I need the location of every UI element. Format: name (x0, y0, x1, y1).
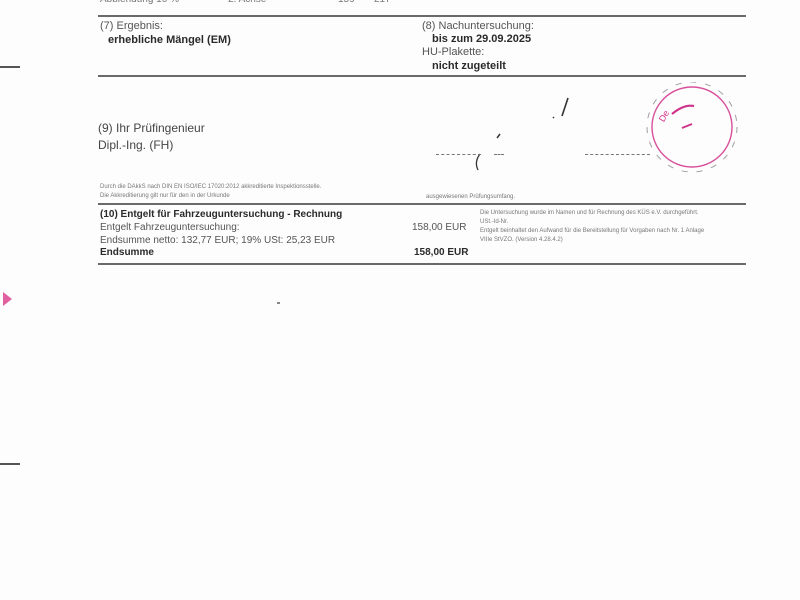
invoice-note-line3: Entgelt beinhaltet den Aufwand für die B… (480, 227, 704, 236)
invoice-title: (10) Entgelt für Fahrzeuguntersuchung - … (100, 209, 342, 220)
accreditation-line3: ausgewiesenen Prüfungsumfang. (426, 193, 515, 202)
signature-line (436, 154, 481, 156)
engineer-title: Dipl.-Ing. (FH) (98, 138, 173, 152)
divider-result (98, 75, 746, 77)
signature (420, 90, 640, 180)
invoice-note-line2: USt.-Id-Nr. (480, 218, 508, 227)
svg-text:De: De (657, 108, 671, 123)
result-label: (7) Ergebnis: (100, 20, 163, 32)
plakette-value: nicht zugeteilt (432, 60, 506, 72)
result-value: erhebliche Mängel (EM) (108, 34, 231, 46)
fee-value: 158,00 EUR (412, 222, 466, 233)
divider-accreditation (98, 203, 746, 205)
scan-speck (277, 302, 280, 304)
invoice-note-line1: Die Untersuchung wurde im Namen und für … (480, 209, 699, 218)
signature-line (494, 154, 504, 156)
total-label: Endsumme (100, 247, 154, 258)
side-marker-icon (3, 292, 12, 306)
signature-line (585, 154, 650, 156)
net-line: Endsumme netto: 132,77 EUR; 19% USt: 25,… (100, 235, 335, 246)
reinspection-value: bis zum 29.09.2025 (432, 33, 531, 45)
reinspection-label: (8) Nachuntersuchung: (422, 20, 534, 32)
stamp: De (642, 82, 742, 174)
accreditation-line1: Durch die DAkkS nach DIN EN ISO/IEC 1702… (100, 183, 321, 192)
engineer-label: (9) Ihr Prüfingenieur (98, 121, 205, 135)
top-row-value2: 217 (374, 0, 391, 5)
fee-label: Entgelt Fahrzeuguntersuchung: (100, 222, 240, 233)
divider-top (98, 15, 746, 17)
invoice-note-line4: VIIIe StVZO. (Version 4.28.4.2) (480, 236, 563, 245)
top-row-axle: 2. Achse (228, 0, 266, 5)
plakette-label: HU-Plakette: (422, 46, 484, 58)
margin-mark (0, 66, 20, 68)
top-row-value1: 159 (338, 0, 355, 5)
margin-mark (0, 463, 20, 465)
top-row-label: Abblendung 10 % (100, 0, 179, 5)
total-value: 158,00 EUR (414, 247, 468, 258)
divider-invoice (98, 263, 746, 265)
accreditation-line2: Die Akkreditierung gilt nur für den in d… (100, 192, 230, 201)
